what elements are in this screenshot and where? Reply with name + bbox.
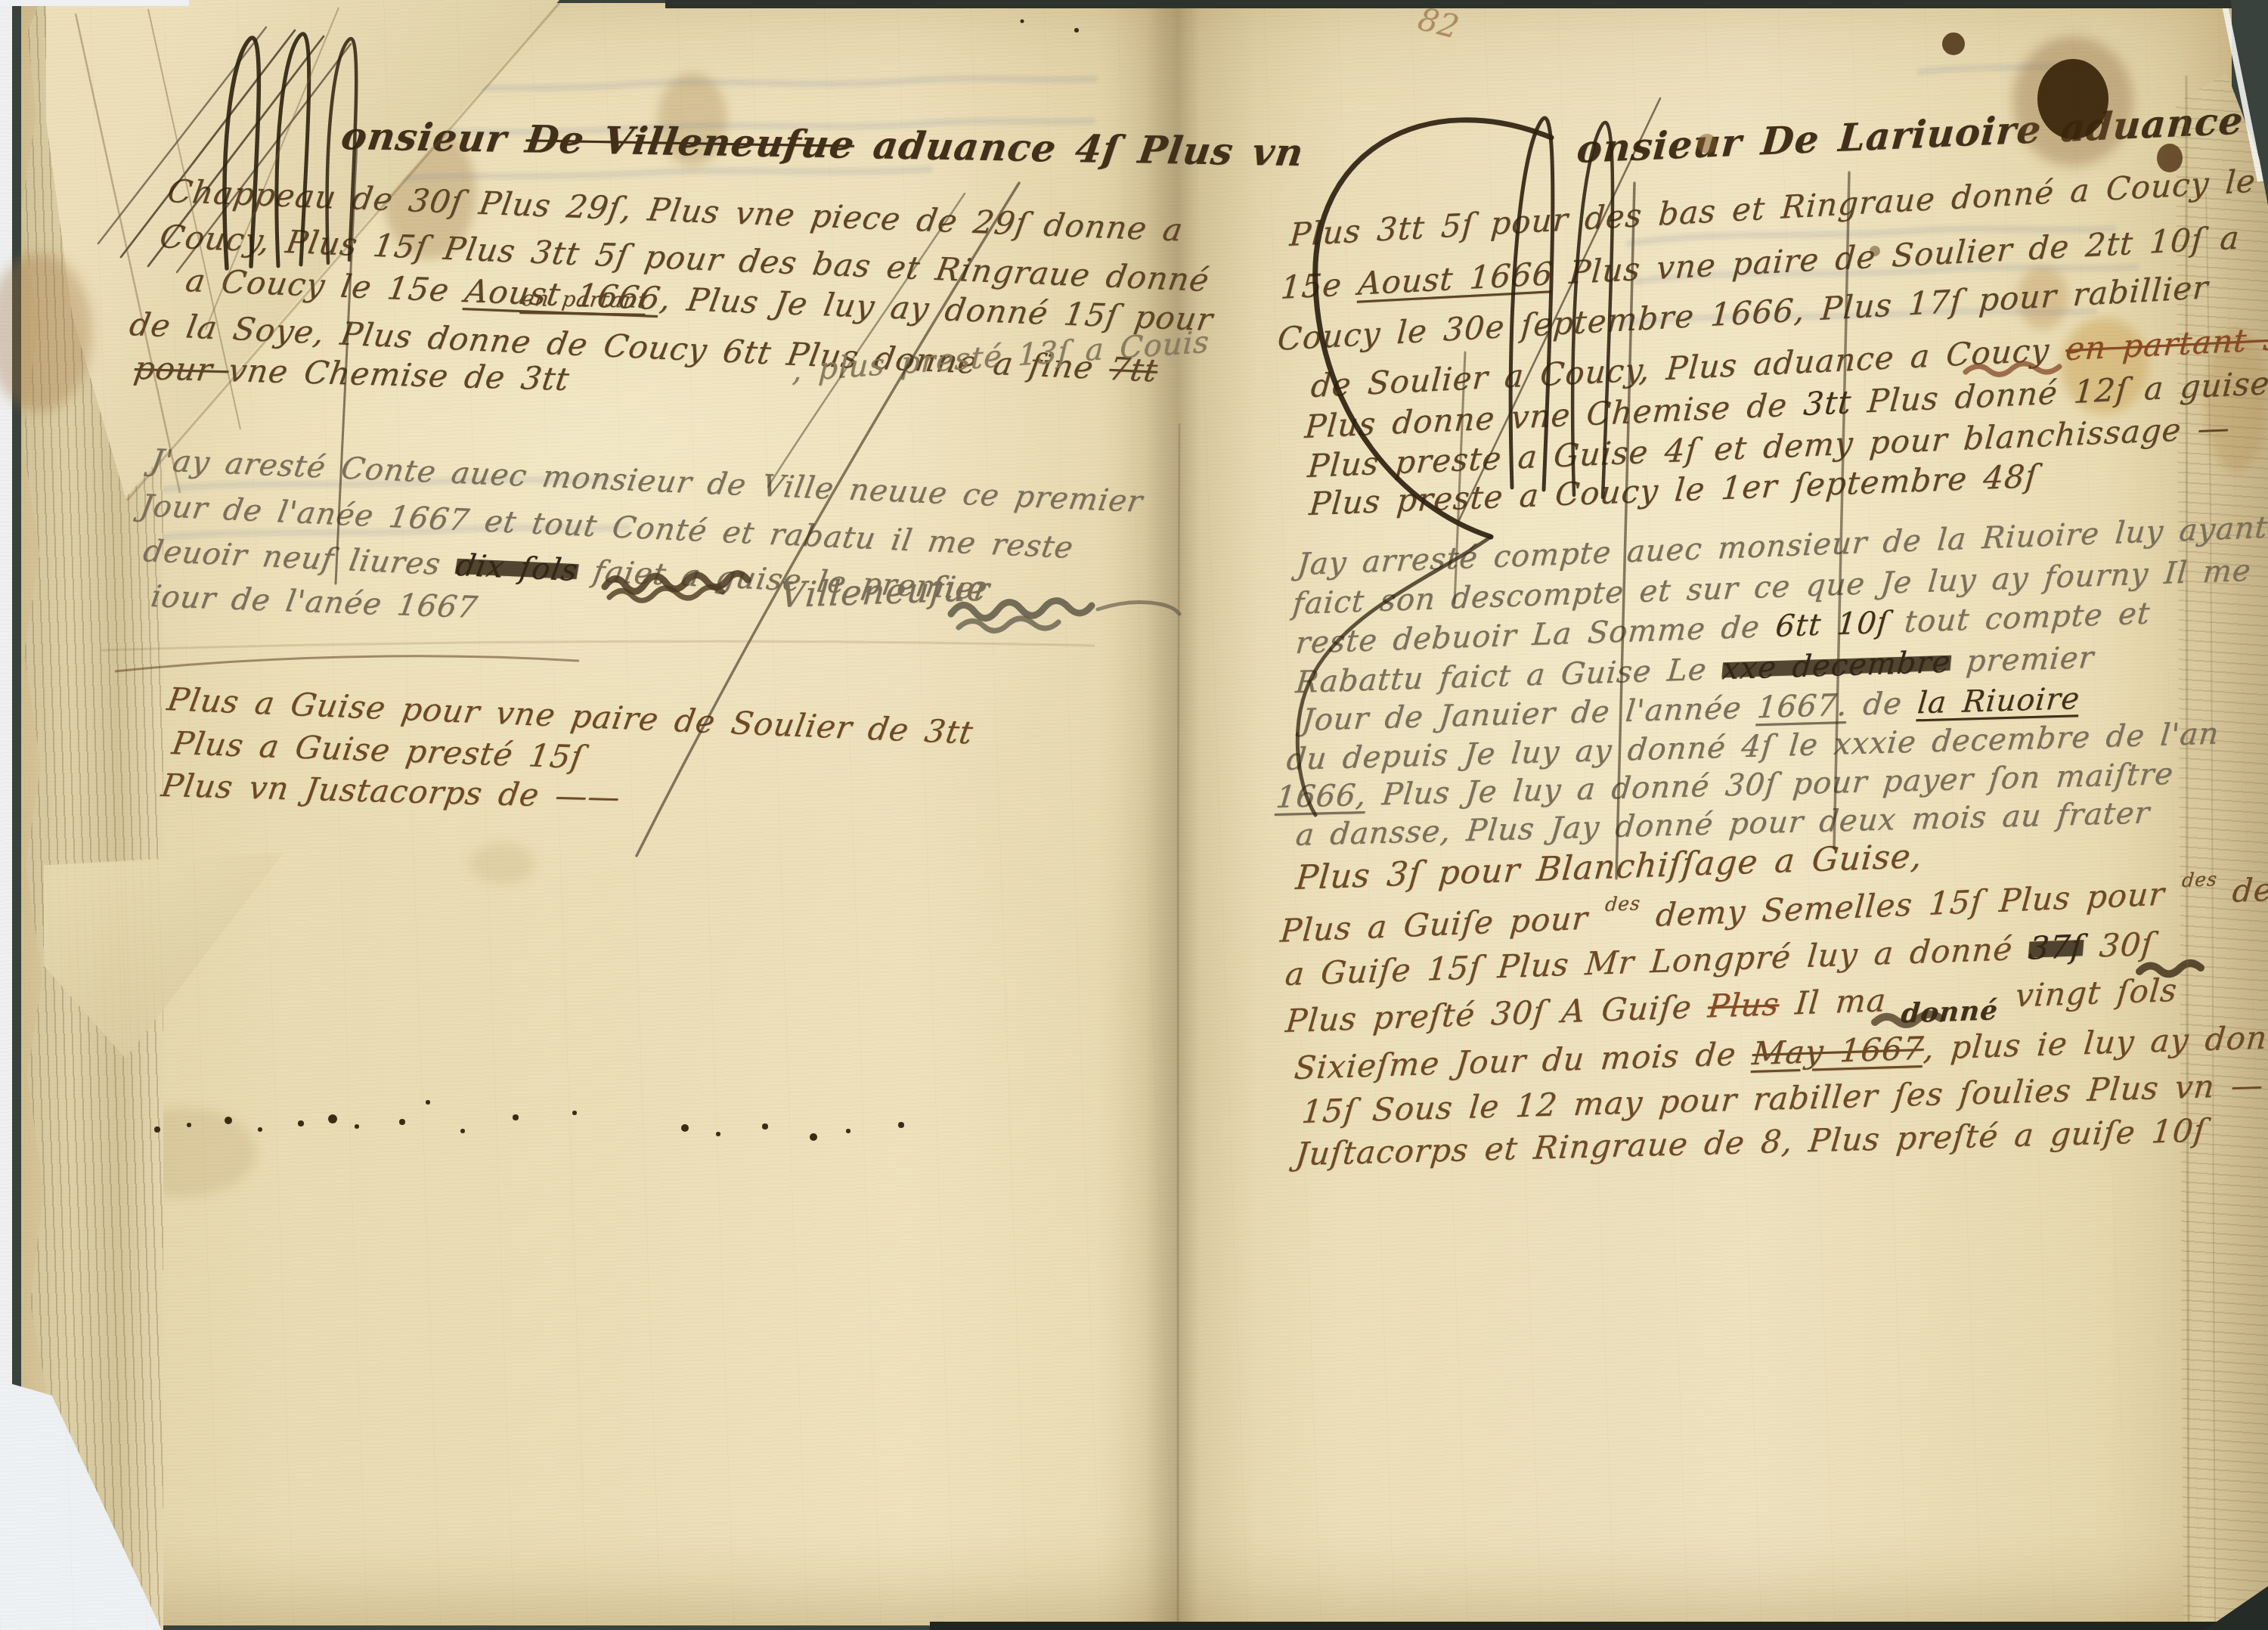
monogram-m-flourish-left — [98, 27, 356, 272]
ink-scribble-blots — [605, 364, 2201, 1024]
monogram-m-flourish-right — [1297, 98, 1660, 815]
scanner-background-bottom — [930, 1622, 2268, 1630]
paper-creases — [76, 2, 2260, 1625]
scanner-bed-top-left — [0, 0, 189, 6]
ink-overlay-layer — [0, 0, 2268, 1630]
manuscript-scan: onsieur De Villeneufue aduance 4ſ Plus v… — [0, 0, 2268, 1630]
pen-rule-lines — [115, 656, 579, 671]
pen-crossout-strokes-left — [336, 144, 1019, 856]
scanner-background-top — [665, 0, 2268, 8]
